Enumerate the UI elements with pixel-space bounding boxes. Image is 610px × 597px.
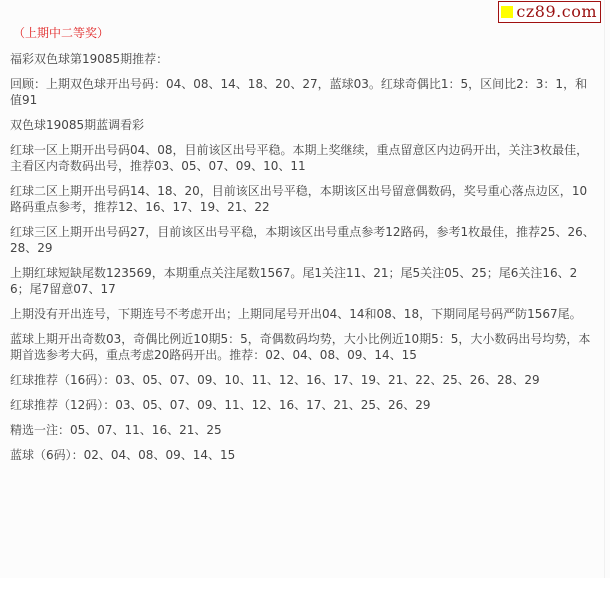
review-paragraph: 回顾：上期双色球开出号码：04、08、14、18、20、27，蓝球03。红球奇偶… (10, 76, 596, 108)
red16-recommendation: 红球推荐（16码）：03、05、07、09、10、11、12、16、17、19、… (10, 372, 596, 388)
zone2-paragraph: 红球二区上期开出号码14、18、20，目前该区出号平稳，本期该区出号留意偶数码，… (10, 183, 596, 215)
article-title: 福彩双色球第19085期推荐： (10, 51, 596, 67)
zone3-paragraph: 红球三区上期开出号码27，目前该区出号平稳，本期该区出号重点参考12路码，参考1… (10, 224, 596, 256)
blue-analysis-paragraph: 蓝球上期开出奇数03，奇偶比例近10期5：5，奇偶数码均势，大小比例近10期5：… (10, 331, 596, 363)
blue6-recommendation: 蓝球（6码）：02、04、08、09、14、15 (10, 447, 596, 463)
article-page: cz89.com （上期中二等奖） 福彩双色球第19085期推荐： 回顾：上期双… (0, 0, 605, 578)
consecutive-paragraph: 上期没有开出连号，下期连号不考虑开出；上期同尾号开出04、14和08、18，下期… (10, 306, 596, 322)
single-pick: 精选一注：05、07、11、16、21、25 (10, 422, 596, 438)
yellow-square-icon (501, 6, 513, 18)
bottom-bar (0, 578, 610, 597)
article-content: （上期中二等奖） 福彩双色球第19085期推荐： 回顾：上期双色球开出号码：04… (10, 25, 596, 472)
section-heading: 双色球19085期蓝调看彩 (10, 117, 596, 133)
zone1-paragraph: 红球一区上期开出号码04、08，目前该区出号平稳。本期上奖继续，重点留意区内边码… (10, 142, 596, 174)
last-prize-note: （上期中二等奖） (13, 25, 596, 41)
red12-recommendation: 红球推荐（12码）：03、05、07、09、11、12、16、17、21、25、… (10, 397, 596, 413)
watermark-text: cz89.com (516, 3, 597, 21)
tail-paragraph: 上期红球短缺尾数123569，本期重点关注尾数1567。尾1关注11、21；尾5… (10, 265, 596, 297)
site-watermark: cz89.com (498, 1, 601, 23)
